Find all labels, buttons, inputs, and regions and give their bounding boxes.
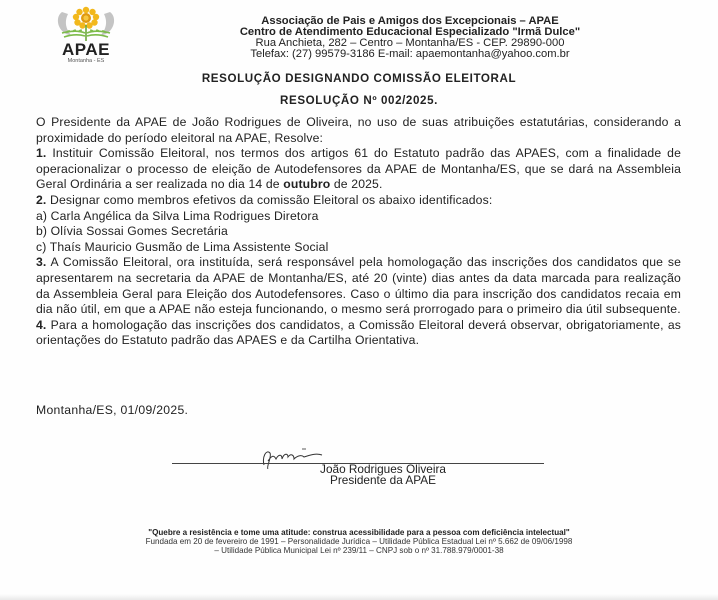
item-number: 4.: [36, 318, 46, 332]
item-number: 2.: [36, 193, 46, 207]
member-item: c) Thaís Mauricio Gusmão de Lima Assiste…: [36, 240, 681, 256]
item-number: 3.: [36, 255, 46, 269]
item-number: 1.: [36, 146, 46, 160]
signatory-role: Presidente da APAE: [0, 474, 718, 486]
member-item: b) Olívia Sossai Gomes Secretária: [36, 224, 681, 240]
resolution-number: RESOLUÇÃO Nº 002/2025.: [0, 94, 718, 107]
item-3: 3. A Comissão Eleitoral, ora instituída,…: [36, 255, 681, 317]
place-date: Montanha/ES, 01/09/2025.: [36, 403, 188, 417]
footer-motto: "Quebre a resistência e tome uma atitude…: [0, 528, 718, 537]
document-page: APAE Montanha - ES Associação de Pais e …: [0, 0, 718, 600]
item-1: 1. Instituir Comissão Eleitoral, nos ter…: [36, 146, 681, 193]
item-2: 2. Designar como membros efetivos da com…: [36, 193, 681, 209]
footer-registration: – Utilidade Pública Municipal Lei nº 239…: [0, 546, 718, 555]
sunflower-hands-icon: [48, 6, 124, 44]
member-item: a) Carla Angélica da Silva Lima Rodrigue…: [36, 209, 681, 225]
intro-paragraph: O Presidente da APAE de João Rodrigues d…: [36, 115, 681, 146]
apae-logo: APAE Montanha - ES: [48, 6, 124, 64]
footer-foundation: Fundada em 20 de fevereiro de 1991 – Per…: [0, 537, 718, 546]
contact-info: Telefax: (27) 99579-3186 E-mail: apaemon…: [190, 49, 630, 60]
logo-location: Montanha - ES: [48, 58, 124, 65]
bold-month: outubro: [283, 177, 330, 191]
item-4: 4. Para a homologação das inscrições dos…: [36, 318, 681, 349]
document-body: O Presidente da APAE de João Rodrigues d…: [36, 115, 681, 349]
letterhead: Associação de Pais e Amigos dos Excepcio…: [190, 16, 630, 60]
logo-name: APAE: [48, 42, 124, 58]
footer: "Quebre a resistência e tome uma atitude…: [0, 528, 718, 556]
page-edge: [0, 594, 718, 600]
document-title: RESOLUÇÃO DESIGNANDO COMISSÃO ELEITORAL: [0, 72, 718, 85]
